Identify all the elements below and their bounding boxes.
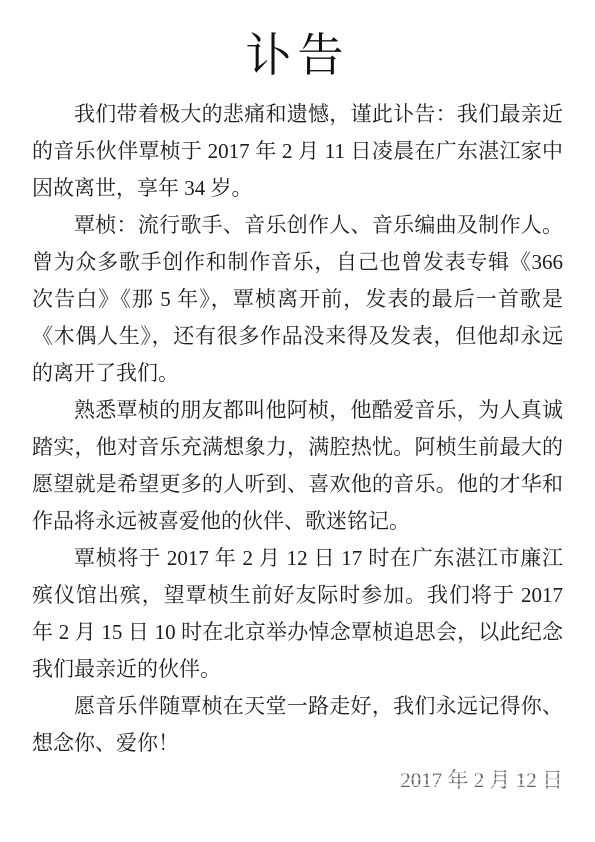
paragraph-announcement: 我们带着极大的悲痛和遗憾，谨此讣告：我们最亲近的音乐伙伴覃桢于 2017 年 2…	[32, 96, 563, 207]
obituary-body: 我们带着极大的悲痛和遗憾，谨此讣告：我们最亲近的音乐伙伴覃桢于 2017 年 2…	[0, 96, 595, 799]
obituary-page: 讣告 我们带着极大的悲痛和遗憾，谨此讣告：我们最亲近的音乐伙伴覃桢于 2017 …	[0, 0, 595, 842]
page-title: 讣告	[0, 0, 595, 56]
signature-date: 2017 年 2 月 12 日	[400, 768, 563, 792]
paragraph-funeral-arrangements: 覃桢将于 2017 年 2 月 12 日 17 时在广东湛江市廉江殡仪馆出殡，望…	[32, 540, 563, 688]
signature-date-line: 2017 年 2 月 12 日	[32, 762, 563, 799]
paragraph-remembrance: 熟悉覃桢的朋友都叫他阿桢，他酷爱音乐，为人真诚踏实，他对音乐充满想象力，满腔热忧…	[32, 392, 563, 540]
paragraph-farewell: 愿音乐伴随覃桢在天堂一路走好，我们永远记得你、想念你、爱你！	[32, 688, 563, 762]
paragraph-biography: 覃桢：流行歌手、音乐创作人、音乐编曲及制作人。曾为众多歌手创作和制作音乐，自己也…	[32, 207, 563, 392]
